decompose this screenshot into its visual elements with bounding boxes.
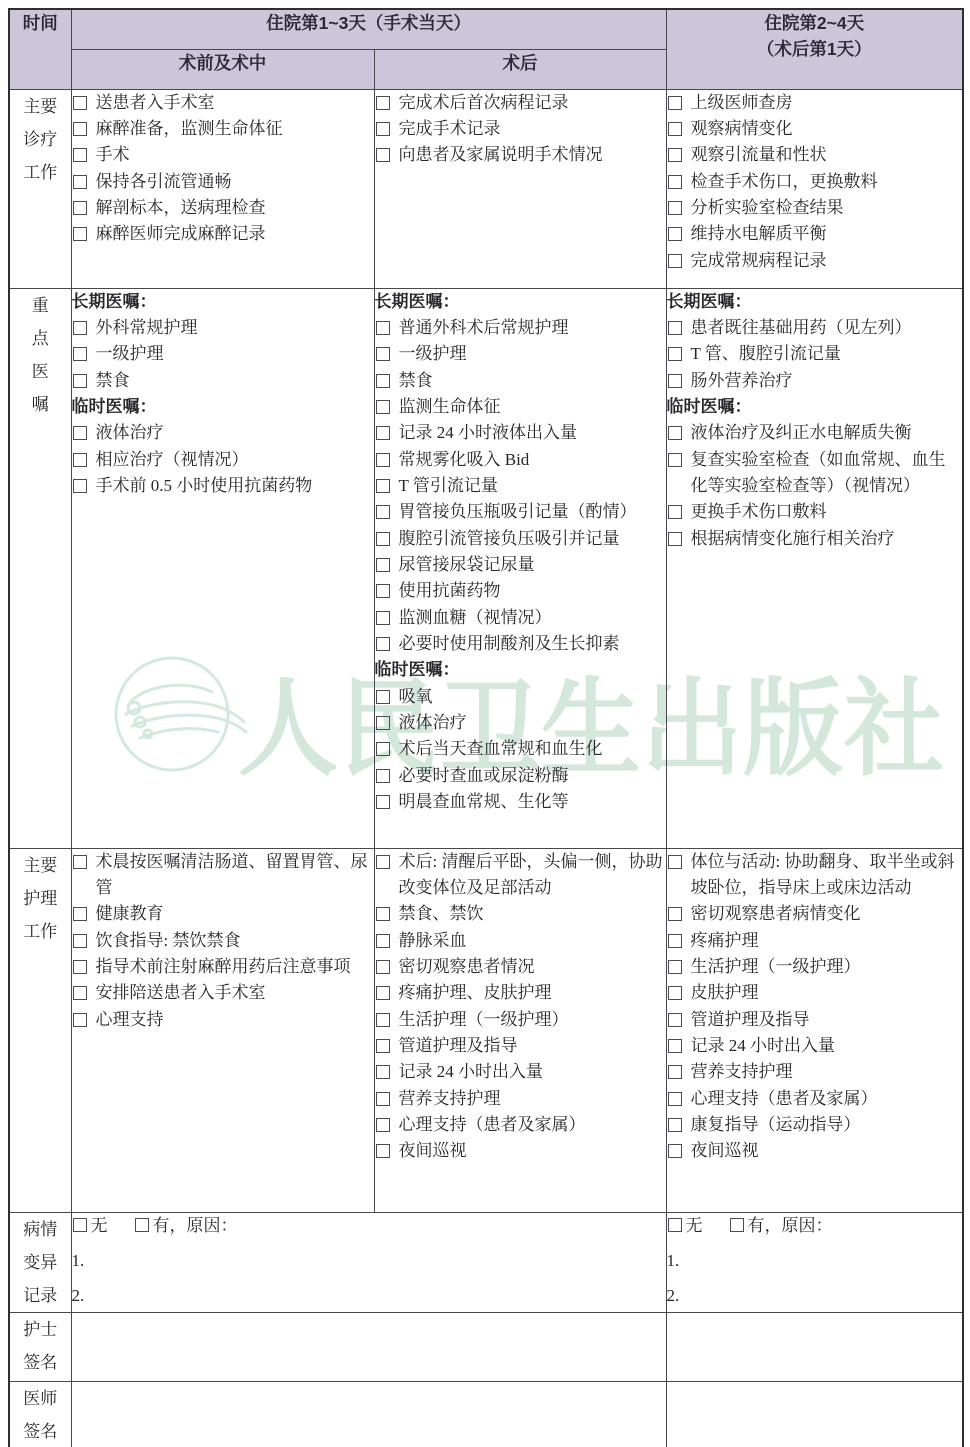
checklist-item-label: 复查实验室检查（如血常规、血生化等实验室检查等）（视情况） <box>691 447 963 500</box>
checklist-item: 维持水电解质平衡 <box>667 221 963 247</box>
checklist-item: 一级护理 <box>375 341 666 367</box>
checklist-item: 检查手术伤口，更换敷料 <box>667 169 963 195</box>
order-section-heading: 临时医嘱： <box>375 657 666 683</box>
order-section-heading: 长期医嘱： <box>375 289 666 315</box>
checkbox-icon <box>376 584 390 598</box>
pathway-cell <box>71 1381 666 1447</box>
checkbox-icon <box>376 986 390 1000</box>
checkbox-icon <box>668 907 682 921</box>
checklist-item-label: 营养支持护理 <box>399 1086 666 1112</box>
checklist-item: 吸氧 <box>375 684 666 710</box>
checkbox-icon <box>376 479 390 493</box>
checkbox-icon <box>73 347 87 361</box>
checklist-item: 记录 24 小时液体出入量 <box>375 420 666 446</box>
checkbox-icon <box>376 795 390 809</box>
checklist-item: 记录 24 小时出入量 <box>667 1033 963 1059</box>
checklist-item-label: 腹腔引流管接负压吸引并记量 <box>399 526 666 552</box>
checklist-item-label: 夜间巡视 <box>399 1138 666 1164</box>
checklist-item-label: 生活护理（一级护理） <box>399 1007 666 1033</box>
checkbox-icon <box>668 1065 682 1079</box>
checklist-item-label: 体位与活动: 协助翻身、取半坐或斜坡卧位，指导床上或床边活动 <box>691 849 963 902</box>
header-pre-intra-op: 术前及术中 <box>71 49 374 89</box>
checklist-item: 患者既往基础用药（见左列） <box>667 315 963 341</box>
checkbox-icon <box>73 227 87 241</box>
checklist-item: 分析实验室检查结果 <box>667 195 963 221</box>
checkbox-icon <box>668 96 682 110</box>
reason-number-line: 1. <box>667 1248 963 1274</box>
checklist-item: 普通外科术后常规护理 <box>375 315 666 341</box>
checklist-item: 完成手术记录 <box>375 116 666 142</box>
checklist-item-label: 液体治疗 <box>96 420 374 446</box>
checkbox-icon <box>376 122 390 136</box>
checklist-item-label: 肠外营养治疗 <box>691 368 963 394</box>
pathway-cell: 长期医嘱：患者既往基础用药（见左列）T 管、腹腔引流记量肠外营养治疗临时医嘱：液… <box>666 288 963 848</box>
checklist-item: 记录 24 小时出入量 <box>375 1059 666 1085</box>
checkbox-label: 无 <box>91 1216 108 1235</box>
checkbox-icon <box>135 1218 149 1232</box>
checklist-item: 禁食 <box>375 368 666 394</box>
checklist-item-label: 麻醉医师完成麻醉记录 <box>96 221 374 247</box>
checklist-item-label: T 管引流记量 <box>399 473 666 499</box>
checkbox-icon <box>668 855 682 869</box>
checklist-item-label: 手术 <box>96 142 374 168</box>
checklist-item: 生活护理（一级护理） <box>667 954 963 980</box>
checkbox-icon <box>73 453 87 467</box>
checklist-item: 根据病情变化施行相关治疗 <box>667 526 963 552</box>
checkbox-icon <box>376 611 390 625</box>
checklist-item-label: 夜间巡视 <box>691 1138 963 1164</box>
checkbox-icon <box>73 479 87 493</box>
checkbox-icon <box>668 201 682 215</box>
checklist-item: 术后: 清醒后平卧，头偏一侧，协助改变体位及足部活动 <box>375 849 666 902</box>
table-row: 主要 诊疗 工作送患者入手术室麻醉准备，监测生命体征手术保持各引流管通畅解剖标本… <box>9 89 963 288</box>
checkbox-icon <box>376 1144 390 1158</box>
checklist-item: 营养支持护理 <box>375 1086 666 1112</box>
checklist-item-label: 液体治疗 <box>399 710 666 736</box>
checklist-item: 上级医师查房 <box>667 90 963 116</box>
checklist-item: 外科常规护理 <box>72 315 374 341</box>
table-body: 主要 诊疗 工作送患者入手术室麻醉准备，监测生命体征手术保持各引流管通畅解剖标本… <box>9 89 963 1447</box>
checklist-item: 尿管接尿袋记尿量 <box>375 552 666 578</box>
checklist-item-label: 监测生命体征 <box>399 394 666 420</box>
checklist-item-label: 保持各引流管通畅 <box>96 169 374 195</box>
checkbox-icon <box>668 960 682 974</box>
row-label: 主要 护理 工作 <box>9 848 71 1212</box>
checkbox-icon <box>668 934 682 948</box>
checkbox-icon <box>668 175 682 189</box>
table-row: 主要 护理 工作术晨按医嘱清洁肠道、留置胃管、尿管健康教育饮食指导: 禁饮禁食指… <box>9 848 963 1212</box>
checklist-item-label: 心理支持 <box>96 1007 374 1033</box>
clinical-pathway-table: 时间 住院第1~3天（手术当天） 住院第2~4天 （术后第1天） 术前及术中 术… <box>8 8 964 1447</box>
checklist-item-label: 麻醉准备，监测生命体征 <box>96 116 374 142</box>
checklist-item-label: 必要时查血或尿淀粉酶 <box>399 763 666 789</box>
checkbox-icon <box>376 426 390 440</box>
checklist-item: 肠外营养治疗 <box>667 368 963 394</box>
order-section-heading: 临时医嘱： <box>667 394 963 420</box>
checklist-item: 夜间巡视 <box>667 1138 963 1164</box>
checklist-item: T 管、腹腔引流记量 <box>667 341 963 367</box>
checklist-item-label: 必要时使用制酸剂及生长抑素 <box>399 631 666 657</box>
checkbox-icon <box>376 453 390 467</box>
checklist-item: 疼痛护理 <box>667 928 963 954</box>
checkbox-icon <box>73 960 87 974</box>
checkbox-icon <box>730 1218 744 1232</box>
checklist-item: 手术 <box>72 142 374 168</box>
checkbox-icon <box>73 986 87 1000</box>
checklist-item: 营养支持护理 <box>667 1059 963 1085</box>
checkbox-icon <box>376 400 390 414</box>
checklist-item-label: 密切观察患者情况 <box>399 954 666 980</box>
checkbox-icon <box>668 1039 682 1053</box>
table-header: 时间 住院第1~3天（手术当天） 住院第2~4天 （术后第1天） 术前及术中 术… <box>9 9 963 89</box>
checklist-item: 禁食、禁饮 <box>375 901 666 927</box>
checkbox-icon <box>376 960 390 974</box>
checklist-item-label: 观察引流量和性状 <box>691 142 963 168</box>
checklist-item-label: 术后: 清醒后平卧，头偏一侧，协助改变体位及足部活动 <box>399 849 666 902</box>
checklist-item-label: 观察病情变化 <box>691 116 963 142</box>
checkbox-icon <box>376 934 390 948</box>
checklist-item-label: 胃管接负压瓶吸引记量（酌情） <box>399 499 666 525</box>
checkbox-icon <box>668 1092 682 1106</box>
checklist-item: 使用抗菌药物 <box>375 578 666 604</box>
checklist-item: 手术前 0.5 小时使用抗菌药物 <box>72 473 374 499</box>
checkbox-icon <box>376 1013 390 1027</box>
checkbox-icon <box>668 1013 682 1027</box>
checklist-item: 一级护理 <box>72 341 374 367</box>
checkbox-icon <box>73 201 87 215</box>
checklist-item-label: 向患者及家属说明手术情况 <box>399 142 666 168</box>
pathway-cell <box>71 1312 666 1381</box>
checkbox-icon <box>376 96 390 110</box>
checkbox-icon <box>73 1013 87 1027</box>
checklist-item: 密切观察患者情况 <box>375 954 666 980</box>
checklist-item: 观察病情变化 <box>667 116 963 142</box>
checkbox-icon <box>73 321 87 335</box>
checklist-item-label: 术后当天查血常规和血生化 <box>399 736 666 762</box>
checklist-item-label: T 管、腹腔引流记量 <box>691 341 963 367</box>
pathway-cell: 体位与活动: 协助翻身、取半坐或斜坡卧位，指导床上或床边活动密切观察患者病情变化… <box>666 848 963 1212</box>
checklist-item: T 管引流记量 <box>375 473 666 499</box>
checklist-item-label: 尿管接尿袋记尿量 <box>399 552 666 578</box>
checkbox-icon <box>376 347 390 361</box>
checklist-item: 术后当天查血常规和血生化 <box>375 736 666 762</box>
checklist-item: 液体治疗及纠正水电解质失衡 <box>667 420 963 446</box>
variation-options: 无有，原因： <box>72 1213 666 1239</box>
checklist-item-label: 一级护理 <box>399 341 666 367</box>
checklist-item-label: 上级医师查房 <box>691 90 963 116</box>
checklist-item-label: 健康教育 <box>96 901 374 927</box>
checklist-item-label: 皮肤护理 <box>691 980 963 1006</box>
table-row: 护士 签名 <box>9 1312 963 1381</box>
checklist-item: 解剖标本，送病理检查 <box>72 195 374 221</box>
checkbox-icon <box>668 532 682 546</box>
checklist-item-label: 密切观察患者病情变化 <box>691 901 963 927</box>
checklist-item: 明晨查血常规、生化等 <box>375 789 666 815</box>
pathway-cell: 完成术后首次病程记录完成手术记录向患者及家属说明手术情况 <box>374 89 666 288</box>
checklist-item-label: 管道护理及指导 <box>399 1033 666 1059</box>
checklist-item: 完成术后首次病程记录 <box>375 90 666 116</box>
checklist-item: 静脉采血 <box>375 928 666 954</box>
checkbox-icon <box>376 855 390 869</box>
checklist-item: 夜间巡视 <box>375 1138 666 1164</box>
checkbox-icon <box>376 1118 390 1132</box>
checklist-item: 观察引流量和性状 <box>667 142 963 168</box>
table-row: 病情 变异 记录无有，原因：1.2.无有，原因：1.2. <box>9 1212 963 1312</box>
checklist-item: 皮肤护理 <box>667 980 963 1006</box>
checkbox-label: 有，原因： <box>748 1216 833 1235</box>
checklist-item-label: 明晨查血常规、生化等 <box>399 789 666 815</box>
checkbox-icon <box>73 96 87 110</box>
checklist-item: 液体治疗 <box>72 420 374 446</box>
checkbox-icon <box>668 1118 682 1132</box>
checklist-item: 管道护理及指导 <box>667 1007 963 1033</box>
checkbox-icon <box>376 907 390 921</box>
checklist-item-label: 疼痛护理、皮肤护理 <box>399 980 666 1006</box>
checklist-item-label: 更换手术伤口敷料 <box>691 499 963 525</box>
checklist-item: 密切观察患者病情变化 <box>667 901 963 927</box>
checklist-item-label: 普通外科术后常规护理 <box>399 315 666 341</box>
checkbox-icon <box>376 558 390 572</box>
checklist-item-label: 监测血糖（视情况） <box>399 605 666 631</box>
checklist-item-label: 送患者入手术室 <box>96 90 374 116</box>
checkbox-icon <box>668 505 682 519</box>
checkbox-label: 无 <box>686 1216 703 1235</box>
checklist-item: 监测生命体征 <box>375 394 666 420</box>
checklist-item-label: 疼痛护理 <box>691 928 963 954</box>
table-row: 医师 签名 <box>9 1381 963 1447</box>
checklist-item: 心理支持（患者及家属） <box>375 1112 666 1138</box>
pathway-cell: 术后: 清醒后平卧，头偏一侧，协助改变体位及足部活动禁食、禁饮静脉采血密切观察患… <box>374 848 666 1212</box>
checkbox-icon <box>376 532 390 546</box>
checklist-item-label: 康复指导（运动指导） <box>691 1112 963 1138</box>
checklist-item-label: 心理支持（患者及家属） <box>399 1112 666 1138</box>
checkbox-icon <box>73 934 87 948</box>
checklist-item: 胃管接负压瓶吸引记量（酌情） <box>375 499 666 525</box>
checklist-item-label: 使用抗菌药物 <box>399 578 666 604</box>
row-label: 病情 变异 记录 <box>9 1212 71 1312</box>
checklist-item-label: 安排陪送患者入手术室 <box>96 980 374 1006</box>
checkbox-icon <box>73 374 87 388</box>
checklist-item-label: 饮食指导: 禁饮禁食 <box>96 928 374 954</box>
header-post-op: 术后 <box>374 49 666 89</box>
checklist-item-label: 完成术后首次病程记录 <box>399 90 666 116</box>
checkbox-icon <box>376 1092 390 1106</box>
checkbox-icon <box>668 426 682 440</box>
checklist-item-label: 禁食 <box>399 368 666 394</box>
checklist-item: 常规雾化吸入 Bid <box>375 447 666 473</box>
checkbox-icon <box>376 637 390 651</box>
checklist-item: 生活护理（一级护理） <box>375 1007 666 1033</box>
order-section-heading: 长期医嘱： <box>667 289 963 315</box>
row-label: 主要 诊疗 工作 <box>9 89 71 288</box>
checklist-item: 禁食 <box>72 368 374 394</box>
checklist-item: 完成常规病程记录 <box>667 248 963 274</box>
checklist-item: 腹腔引流管接负压吸引并记量 <box>375 526 666 552</box>
checklist-item-label: 一级护理 <box>96 341 374 367</box>
checkbox-icon <box>668 148 682 162</box>
row-label: 重 点 医 嘱 <box>9 288 71 848</box>
checklist-item: 麻醉准备，监测生命体征 <box>72 116 374 142</box>
checkbox-icon <box>668 347 682 361</box>
checklist-item-label: 解剖标本，送病理检查 <box>96 195 374 221</box>
checklist-item: 送患者入手术室 <box>72 90 374 116</box>
checklist-item: 饮食指导: 禁饮禁食 <box>72 928 374 954</box>
checkbox-icon <box>73 148 87 162</box>
pathway-cell: 送患者入手术室麻醉准备，监测生命体征手术保持各引流管通畅解剖标本，送病理检查麻醉… <box>71 89 374 288</box>
checkbox-icon <box>376 374 390 388</box>
checklist-item-label: 记录 24 小时出入量 <box>399 1059 666 1085</box>
checklist-item: 健康教育 <box>72 901 374 927</box>
pathway-cell: 无有，原因：1.2. <box>666 1212 963 1312</box>
checkbox-icon <box>73 1218 87 1232</box>
checkbox-icon <box>73 426 87 440</box>
checkbox-icon <box>376 1065 390 1079</box>
checkbox-icon <box>73 122 87 136</box>
checklist-item: 安排陪送患者入手术室 <box>72 980 374 1006</box>
checklist-item-label: 禁食 <box>96 368 374 394</box>
table-row: 重 点 医 嘱长期医嘱：外科常规护理一级护理禁食临时医嘱：液体治疗相应治疗（视情… <box>9 288 963 848</box>
order-section-heading: 临时医嘱： <box>72 394 374 420</box>
header-row-top: 时间 住院第1~3天（手术当天） 住院第2~4天 （术后第1天） <box>9 9 963 49</box>
checklist-item: 麻醉医师完成麻醉记录 <box>72 221 374 247</box>
checkbox-icon <box>668 321 682 335</box>
checklist-item-label: 术晨按医嘱清洁肠道、留置胃管、尿管 <box>96 849 374 902</box>
checklist-item: 管道护理及指导 <box>375 1033 666 1059</box>
row-label: 医师 签名 <box>9 1381 71 1447</box>
checklist-item-label: 记录 24 小时出入量 <box>691 1033 963 1059</box>
variation-options: 无有，原因： <box>667 1213 963 1239</box>
checklist-item-label: 吸氧 <box>399 684 666 710</box>
checklist-item-label: 指导术前注射麻醉用药后注意事项 <box>96 954 374 980</box>
checklist-item: 术晨按医嘱清洁肠道、留置胃管、尿管 <box>72 849 374 902</box>
checklist-item-label: 根据病情变化施行相关治疗 <box>691 526 963 552</box>
pathway-cell: 上级医师查房观察病情变化观察引流量和性状检查手术伤口，更换敷料分析实验室检查结果… <box>666 89 963 288</box>
checklist-item-label: 外科常规护理 <box>96 315 374 341</box>
checkbox-icon <box>668 1144 682 1158</box>
checklist-item-label: 液体治疗及纠正水电解质失衡 <box>691 420 963 446</box>
checklist-item-label: 维持水电解质平衡 <box>691 221 963 247</box>
checkbox-icon <box>376 690 390 704</box>
checkbox-icon <box>668 254 682 268</box>
checkbox-icon <box>668 1218 682 1232</box>
reason-number-line: 2. <box>72 1283 666 1309</box>
checkbox-label: 有，原因： <box>153 1216 238 1235</box>
checkbox-icon <box>73 907 87 921</box>
checklist-item-label: 分析实验室检查结果 <box>691 195 963 221</box>
checkbox-icon <box>376 321 390 335</box>
checklist-item-label: 生活护理（一级护理） <box>691 954 963 980</box>
checklist-item-label: 常规雾化吸入 Bid <box>399 447 666 473</box>
checkbox-icon <box>376 505 390 519</box>
checkbox-icon <box>376 148 390 162</box>
checklist-item-label: 心理支持（患者及家属） <box>691 1086 963 1112</box>
checklist-item: 心理支持 <box>72 1007 374 1033</box>
checklist-item: 疼痛护理、皮肤护理 <box>375 980 666 1006</box>
checklist-item: 指导术前注射麻醉用药后注意事项 <box>72 954 374 980</box>
checklist-item: 液体治疗 <box>375 710 666 736</box>
pathway-cell <box>666 1381 963 1447</box>
checkbox-icon <box>73 175 87 189</box>
checklist-item-label: 记录 24 小时液体出入量 <box>399 420 666 446</box>
pathway-cell: 无有，原因：1.2. <box>71 1212 666 1312</box>
checklist-item: 复查实验室检查（如血常规、血生化等实验室检查等）（视情况） <box>667 447 963 500</box>
checkbox-icon <box>376 1039 390 1053</box>
checklist-item: 体位与活动: 协助翻身、取半坐或斜坡卧位，指导床上或床边活动 <box>667 849 963 902</box>
checklist-item-label: 相应治疗（视情况） <box>96 447 374 473</box>
checklist-item-label: 检查手术伤口，更换敷料 <box>691 169 963 195</box>
checklist-item-label: 营养支持护理 <box>691 1059 963 1085</box>
checklist-item-label: 完成手术记录 <box>399 116 666 142</box>
pathway-cell <box>666 1312 963 1381</box>
order-section-heading: 长期医嘱： <box>72 289 374 315</box>
checkbox-icon <box>668 227 682 241</box>
header-time: 时间 <box>9 9 71 89</box>
checkbox-icon <box>376 769 390 783</box>
checklist-item-label: 禁食、禁饮 <box>399 901 666 927</box>
reason-number-line: 1. <box>72 1248 666 1274</box>
pathway-cell: 长期医嘱：外科常规护理一级护理禁食临时医嘱：液体治疗相应治疗（视情况）手术前 0… <box>71 288 374 848</box>
checkbox-icon <box>73 855 87 869</box>
pathway-cell: 术晨按医嘱清洁肠道、留置胃管、尿管健康教育饮食指导: 禁饮禁食指导术前注射麻醉用… <box>71 848 374 1212</box>
row-label: 护士 签名 <box>9 1312 71 1381</box>
checkbox-icon <box>376 716 390 730</box>
reason-number-line: 2. <box>667 1283 963 1309</box>
checklist-item: 监测血糖（视情况） <box>375 605 666 631</box>
checklist-item-label: 患者既往基础用药（见左列） <box>691 315 963 341</box>
checklist-item: 相应治疗（视情况） <box>72 447 374 473</box>
checklist-item: 更换手术伤口敷料 <box>667 499 963 525</box>
clinical-pathway-page: 人民卫生出版社 时间 住院第1~3天（手术当天） 住院第2~4天 （术后第1天）… <box>0 0 970 1447</box>
checklist-item: 保持各引流管通畅 <box>72 169 374 195</box>
checkbox-icon <box>668 986 682 1000</box>
checklist-item: 必要时查血或尿淀粉酶 <box>375 763 666 789</box>
checklist-item-label: 完成常规病程记录 <box>691 248 963 274</box>
header-day2-4: 住院第2~4天 （术后第1天） <box>666 9 963 89</box>
checklist-item-label: 静脉采血 <box>399 928 666 954</box>
checkbox-icon <box>668 453 682 467</box>
checkbox-icon <box>376 742 390 756</box>
checklist-item: 康复指导（运动指导） <box>667 1112 963 1138</box>
checklist-item: 必要时使用制酸剂及生长抑素 <box>375 631 666 657</box>
checkbox-icon <box>668 374 682 388</box>
checklist-item-label: 手术前 0.5 小时使用抗菌药物 <box>96 473 374 499</box>
header-day1-3: 住院第1~3天（手术当天） <box>71 9 666 49</box>
checklist-item: 向患者及家属说明手术情况 <box>375 142 666 168</box>
checklist-item: 心理支持（患者及家属） <box>667 1086 963 1112</box>
checklist-item-label: 管道护理及指导 <box>691 1007 963 1033</box>
pathway-cell: 长期医嘱：普通外科术后常规护理一级护理禁食监测生命体征记录 24 小时液体出入量… <box>374 288 666 848</box>
checkbox-icon <box>668 122 682 136</box>
